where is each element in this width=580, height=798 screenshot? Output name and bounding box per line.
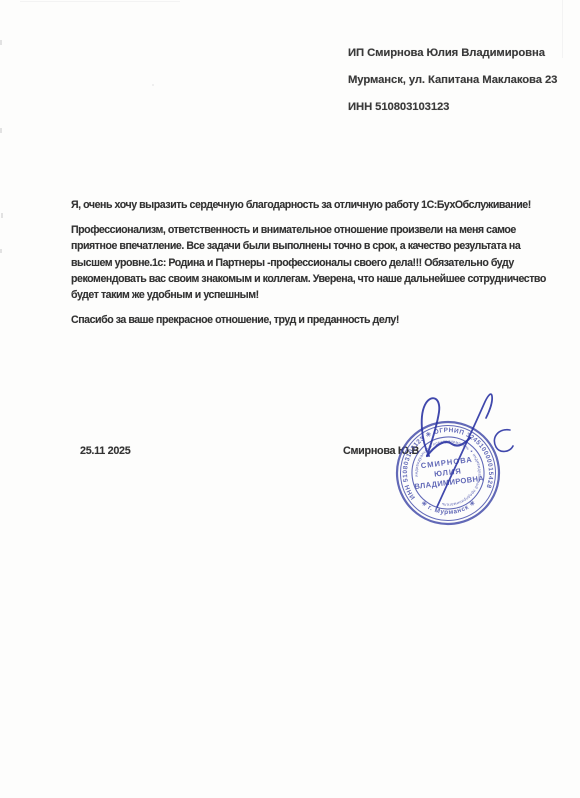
paragraph-main: Профессионализм, ответственность и внима…	[71, 222, 545, 303]
scan-speck	[0, 128, 2, 133]
letterhead-inn: ИНН 510803103123	[348, 100, 557, 114]
paragraph-thanks: Спасибо за ваше прекрасное отношение, тр…	[71, 312, 545, 328]
round-stamp-icon: ИНН 510803103123 ✳ ОГРНИП 32451000001542…	[391, 416, 505, 530]
paragraph-main-line1: Профессионализм, ответственность и внима…	[71, 224, 516, 236]
paragraph-thanks-text: Спасибо за ваше прекрасное отношение, тр…	[71, 314, 399, 326]
scan-streak	[562, 0, 563, 58]
scan-streak	[20, 1, 180, 2]
paragraph-main-line2: приятное впечатление. Все задачи были вы…	[71, 240, 520, 252]
letterhead-address: Мурманск, ул. Капитана Маклакова 23	[348, 73, 557, 87]
letterhead-company: ИП Смирнова Юлия Владимировна	[348, 46, 557, 60]
letterhead: ИП Смирнова Юлия Владимировна Мурманск, …	[348, 46, 557, 127]
paragraph-gratitude-text: Я, очень хочу выразить сердечную благода…	[71, 199, 531, 211]
stamp-and-signature: ИНН 510803103123 ✳ ОГРНИП 32451000001542…	[330, 368, 560, 553]
scan-speck	[152, 84, 154, 86]
scan-speck	[0, 249, 2, 253]
paragraph-main-line3: высшем уровне.1с: Родина и Партнеры -про…	[71, 257, 514, 269]
paragraph-main-line4: рекомендовать вас своим знакомым и колле…	[71, 273, 546, 285]
paragraph-gratitude: Я, очень хочу выразить сердечную благода…	[71, 197, 545, 213]
letter-body: Я, очень хочу выразить сердечную благода…	[71, 197, 545, 328]
scan-speck	[1, 213, 3, 218]
scan-speck	[0, 40, 2, 45]
letter-date: 25.11 2025	[80, 445, 130, 457]
scanned-letter-page: ИП Смирнова Юлия Владимировна Мурманск, …	[0, 0, 580, 798]
paragraph-main-line5: будет таким же удобным и успешным!	[71, 289, 259, 301]
